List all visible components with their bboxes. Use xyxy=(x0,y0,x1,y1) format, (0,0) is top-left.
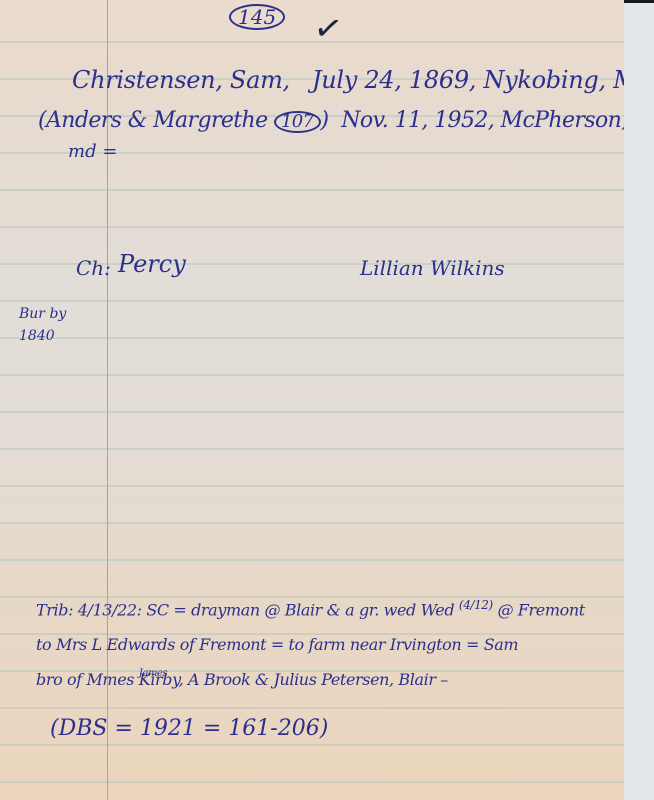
entry-line-1: Christensen, Sam, July 24, 1869, Nykobin… xyxy=(72,68,624,92)
scan-edge-strip xyxy=(622,0,654,3)
ledger-page: 145 ✓ Christensen, Sam, July 24, 1869, N… xyxy=(0,0,624,800)
birth-info: July 24, 1869, Nykobing, Mors xyxy=(312,66,624,94)
death-info: Nov. 11, 1952, McPherson, Kan.: B66 xyxy=(341,108,624,133)
children-label: Ch: xyxy=(76,258,111,278)
person-name: Christensen, Sam xyxy=(72,66,283,94)
notes-line-2: to Mrs L Edwards of Fremont = to farm ne… xyxy=(36,627,585,662)
checkmark-icon: ✓ xyxy=(311,10,345,48)
parents: (Anders & Margrethe xyxy=(38,108,268,133)
notes-line-3: bro of Mmes JamesKirby, A Brook & Julius… xyxy=(36,662,585,697)
margin-note: Bur by 1840 xyxy=(19,303,66,347)
notes-line-1: Trib: 4/13/22: SC = drayman @ Blair & a … xyxy=(36,588,585,627)
source-citation: (DBS = 1921 = 161-206) xyxy=(50,718,328,740)
child-name: Percy xyxy=(118,252,186,276)
child-spouse: Lillian Wilkins xyxy=(360,258,505,278)
entry-line-2: (Anders & Margrethe 107) Nov. 11, 1952, … xyxy=(38,110,624,133)
parents-ref: 107 xyxy=(274,111,321,133)
newspaper-notes: Trib: 4/13/22: SC = drayman @ Blair & a … xyxy=(36,588,585,697)
record-number: 145 xyxy=(229,4,285,30)
marriage-note: md = xyxy=(68,143,117,161)
